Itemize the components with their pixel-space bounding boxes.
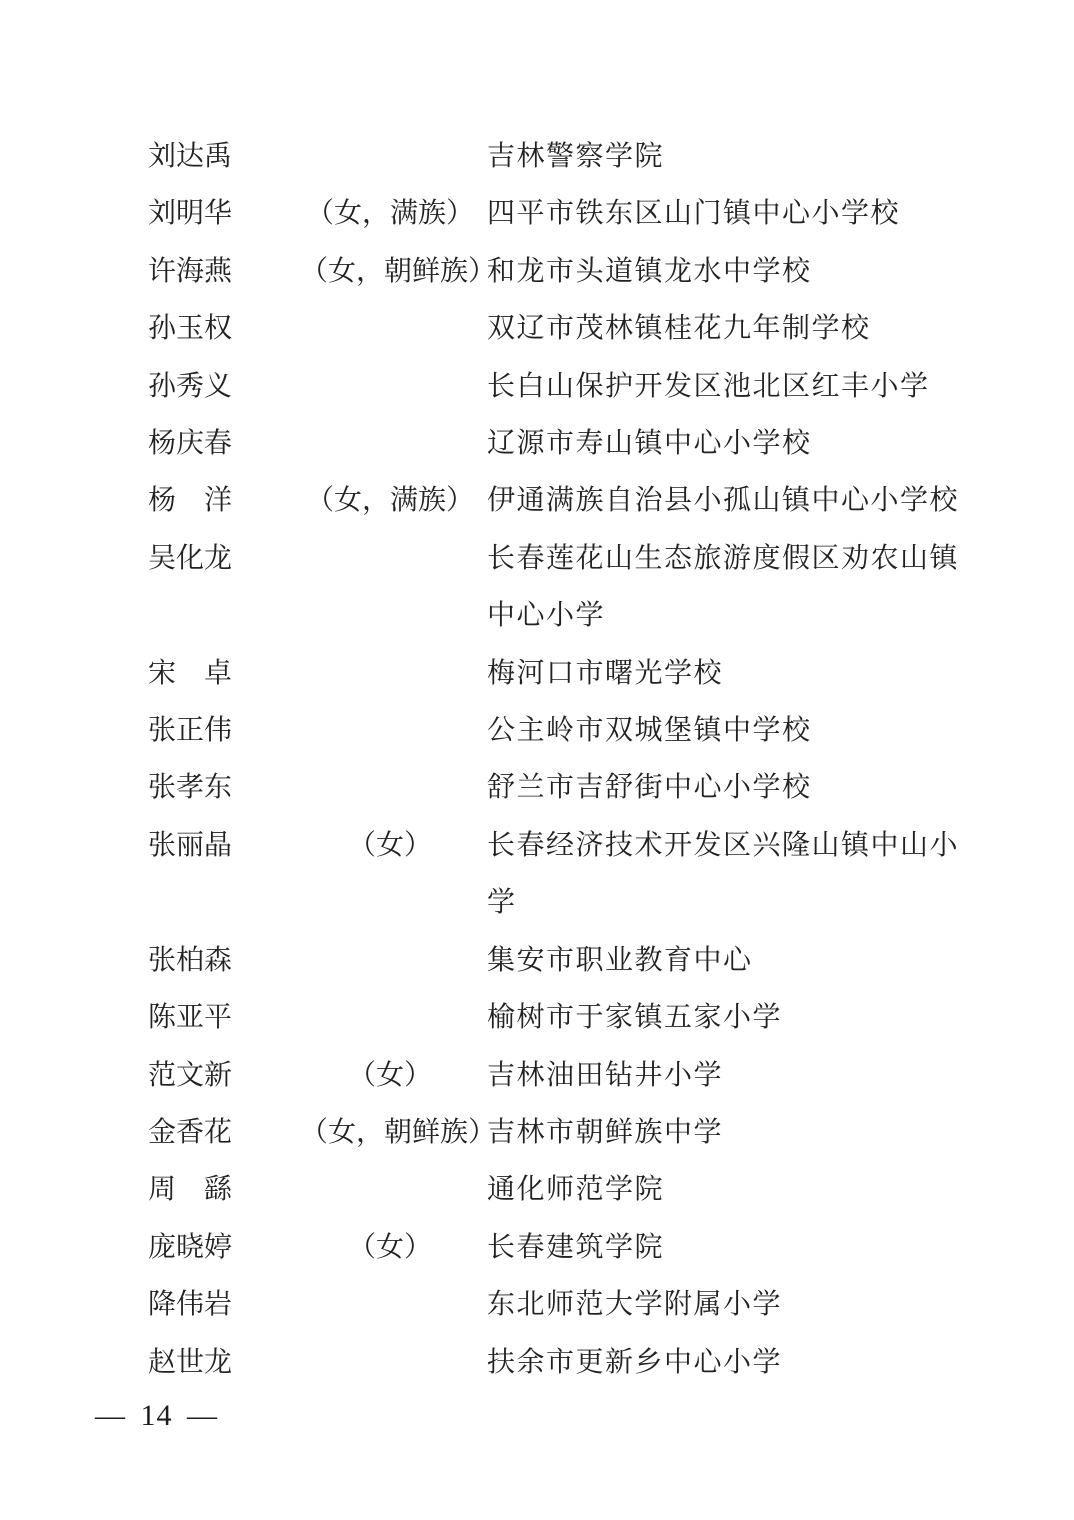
roster-row: 孙玉权 双辽市茂林镇桂花九年制学校 [0, 300, 1074, 357]
person-name: 刘明华 [148, 185, 232, 242]
institution-name: 舒兰市吉舒街中心小学校 [487, 759, 967, 816]
gender-ethnicity-annotation: （女） [300, 1219, 480, 1276]
roster-row: 杨 洋 （女，满族） 伊通满族自治县小孤山镇中心小学校 [0, 472, 1074, 529]
institution-name: 和龙市头道镇龙水中学校 [487, 243, 967, 300]
roster-row: 许海燕 （女，朝鲜族） 和龙市头道镇龙水中学校 [0, 243, 1074, 300]
institution-name: 四平市铁东区山门镇中心小学校 [487, 185, 967, 242]
roster-row: 孙秀义 长白山保护开发区池北区红丰小学 [0, 358, 1074, 415]
gender-ethnicity-annotation: （女，朝鲜族） [300, 1104, 480, 1161]
person-name: 降伟岩 [148, 1276, 232, 1333]
roster-list: 刘达禹 吉林警察学院 刘明华 （女，满族） 四平市铁东区山门镇中心小学校 许海燕… [0, 0, 1074, 1391]
roster-row: 张孝东 舒兰市吉舒街中心小学校 [0, 759, 1074, 816]
roster-row: 杨庆春 辽源市寿山镇中心小学校 [0, 415, 1074, 472]
person-name: 金香花 [148, 1104, 232, 1161]
roster-row: 周 繇 通化师范学院 [0, 1161, 1074, 1218]
person-name: 周 繇 [148, 1161, 232, 1218]
roster-row: 宋 卓 梅河口市曙光学校 [0, 645, 1074, 702]
roster-row: 金香花 （女，朝鲜族） 吉林市朝鲜族中学 [0, 1104, 1074, 1161]
person-name: 孙玉权 [148, 300, 232, 357]
person-name: 范文新 [148, 1047, 232, 1104]
person-name: 陈亚平 [148, 989, 232, 1046]
institution-name: 长春莲花山生态旅游度假区劝农山镇中心小学 [487, 530, 967, 645]
person-name: 孙秀义 [148, 358, 232, 415]
gender-ethnicity-annotation: （女） [300, 817, 480, 874]
roster-row: 庞晓婷 （女） 长春建筑学院 [0, 1219, 1074, 1276]
document-page: 刘达禹 吉林警察学院 刘明华 （女，满族） 四平市铁东区山门镇中心小学校 许海燕… [0, 0, 1074, 1520]
gender-ethnicity-annotation: （女，朝鲜族） [300, 243, 480, 300]
institution-name: 双辽市茂林镇桂花九年制学校 [487, 300, 967, 357]
roster-row: 赵世龙 扶余市更新乡中心小学 [0, 1334, 1074, 1391]
roster-row: 张丽晶 （女） 长春经济技术开发区兴隆山镇中山小学 [0, 817, 1074, 932]
person-name: 张孝东 [148, 759, 232, 816]
roster-row: 刘明华 （女，满族） 四平市铁东区山门镇中心小学校 [0, 185, 1074, 242]
roster-row: 张正伟 公主岭市双城堡镇中学校 [0, 702, 1074, 759]
gender-ethnicity-annotation: （女，满族） [300, 472, 480, 529]
institution-name: 梅河口市曙光学校 [487, 645, 967, 702]
roster-row: 张柏森 集安市职业教育中心 [0, 932, 1074, 989]
institution-name: 长白山保护开发区池北区红丰小学 [487, 358, 967, 415]
institution-name: 榆树市于家镇五家小学 [487, 989, 967, 1046]
institution-name: 集安市职业教育中心 [487, 932, 967, 989]
person-name: 刘达禹 [148, 128, 232, 185]
institution-name: 东北师范大学附属小学 [487, 1276, 967, 1333]
page-number: — 14 — [95, 1399, 218, 1432]
page-footer: — 14 — [0, 1396, 1074, 1436]
person-name: 张丽晶 [148, 817, 232, 874]
institution-name: 公主岭市双城堡镇中学校 [487, 702, 967, 759]
institution-name: 吉林警察学院 [487, 128, 967, 185]
roster-row: 刘达禹 吉林警察学院 [0, 128, 1074, 185]
person-name: 宋 卓 [148, 645, 232, 702]
person-name: 庞晓婷 [148, 1219, 232, 1276]
person-name: 杨 洋 [148, 472, 232, 529]
person-name: 杨庆春 [148, 415, 232, 472]
roster-row: 范文新 （女） 吉林油田钻井小学 [0, 1047, 1074, 1104]
person-name: 张柏森 [148, 932, 232, 989]
institution-name: 辽源市寿山镇中心小学校 [487, 415, 967, 472]
gender-ethnicity-annotation: （女） [300, 1047, 480, 1104]
institution-name: 吉林油田钻井小学 [487, 1047, 967, 1104]
institution-name: 吉林市朝鲜族中学 [487, 1104, 967, 1161]
institution-name: 长春建筑学院 [487, 1219, 967, 1276]
roster-row: 陈亚平 榆树市于家镇五家小学 [0, 989, 1074, 1046]
roster-row: 吴化龙 长春莲花山生态旅游度假区劝农山镇中心小学 [0, 530, 1074, 645]
person-name: 许海燕 [148, 243, 232, 300]
institution-name: 通化师范学院 [487, 1161, 967, 1218]
person-name: 张正伟 [148, 702, 232, 759]
institution-name: 伊通满族自治县小孤山镇中心小学校 [487, 472, 967, 529]
institution-name: 扶余市更新乡中心小学 [487, 1334, 967, 1391]
institution-name: 长春经济技术开发区兴隆山镇中山小学 [487, 817, 967, 932]
roster-row: 降伟岩 东北师范大学附属小学 [0, 1276, 1074, 1333]
gender-ethnicity-annotation: （女，满族） [300, 185, 480, 242]
person-name: 吴化龙 [148, 530, 232, 587]
person-name: 赵世龙 [148, 1334, 232, 1391]
